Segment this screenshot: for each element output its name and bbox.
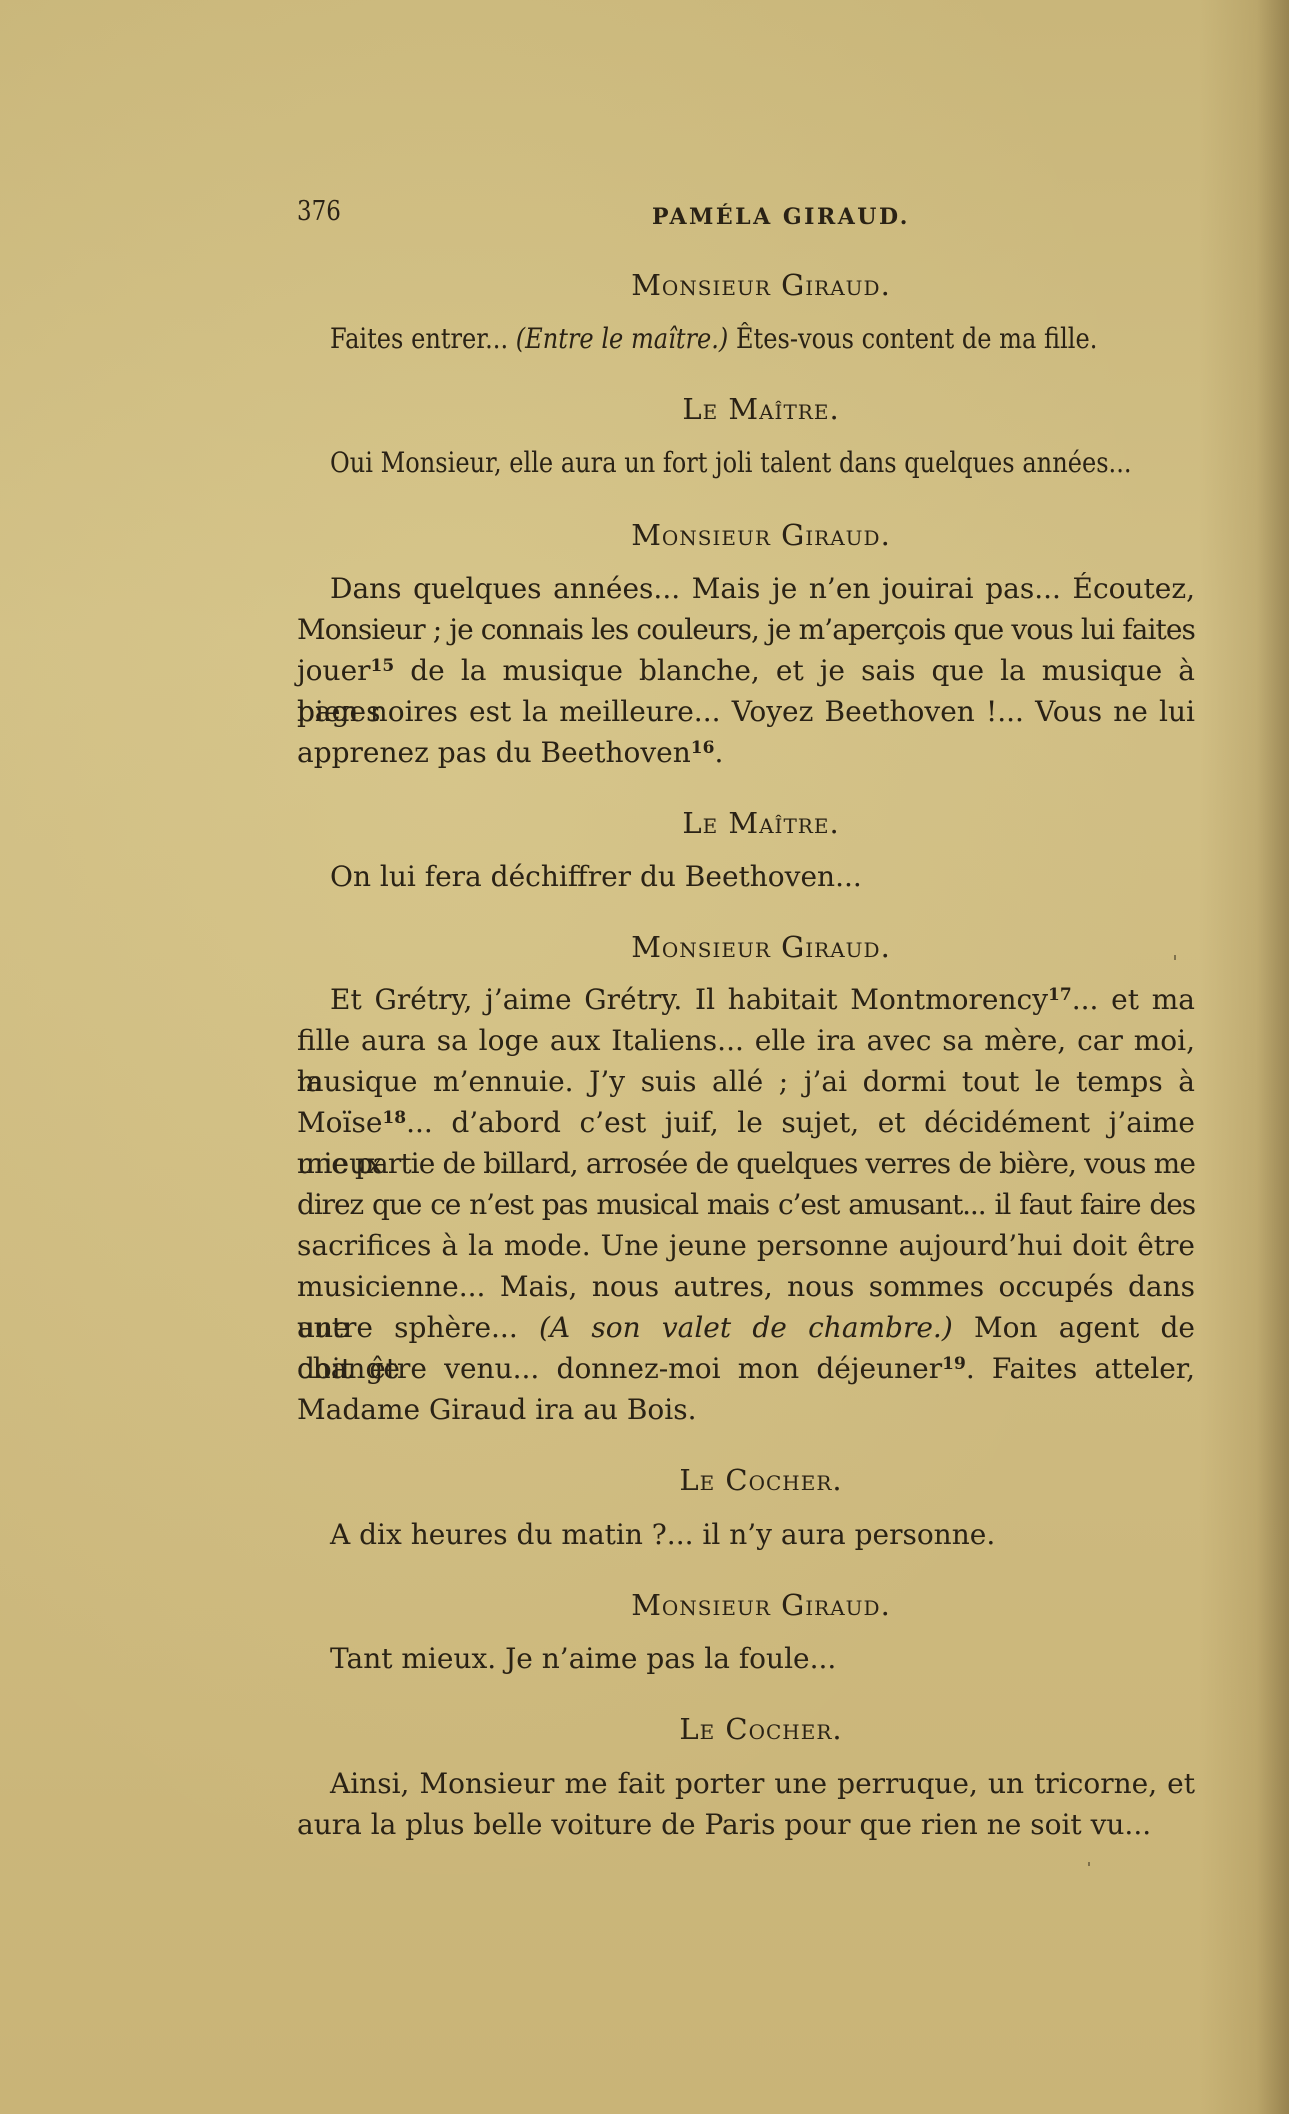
dialogue-line: Ainsi, Monsieur me fait porter une perru… — [297, 1763, 1195, 1804]
dialogue-text: Tant mieux. Je n’aime pas la foule... — [330, 1642, 836, 1675]
footnote-marker: 15 — [371, 656, 395, 676]
dialogue-paragraph: Et Grétry, j’aime Grétry. Il habitait Mo… — [297, 979, 1195, 1430]
paper-speck — [1088, 1862, 1090, 1866]
dialogue-line: musicienne... Mais, nous autres, nous so… — [297, 1266, 1195, 1307]
speaker-heading: Monsieur Giraud. — [297, 518, 1195, 552]
dialogue-text: Faites entrer... — [330, 322, 516, 355]
dialogue-text: ... et ma — [1072, 983, 1195, 1016]
dialogue-line: bien noires est la meilleure... Voyez Be… — [297, 691, 1195, 732]
running-head: 376 PAMÉLA GIRAUD. — [297, 196, 1195, 232]
speaker-heading: Le Maître. — [297, 392, 1195, 426]
dialogue-line: Faites entrer... (Entre le maître.) Êtes… — [297, 318, 1195, 359]
dialogue-line: Dans quelques années... Mais je n’en jou… — [297, 568, 1195, 609]
dialogue-text: . Faites atteler, — [966, 1352, 1195, 1385]
dialogue-line: direz que ce n’est pas musical mais c’es… — [297, 1184, 1195, 1225]
dialogue-line: autre sphère... (A son valet de chambre.… — [297, 1307, 1195, 1348]
dialogue-text: Êtes-vous content de ma fille. — [728, 322, 1097, 355]
speaker-heading: Monsieur Giraud. — [297, 268, 1195, 302]
dialogue-text: Moïse — [297, 1106, 382, 1139]
speaker-heading: Le Cocher. — [297, 1712, 1195, 1746]
dialogue-text: Oui Monsieur, elle aura un fort joli tal… — [330, 442, 1193, 483]
dialogue-line: Moïse18... d’abord c’est juif, le sujet,… — [297, 1102, 1195, 1143]
footnote-marker: 19 — [942, 1354, 966, 1374]
dialogue-line: sacrifices à la mode. Une jeune personne… — [297, 1225, 1195, 1266]
stage-direction: (Entre le maître.) — [516, 322, 729, 355]
speaker-heading: Le Maître. — [297, 806, 1195, 840]
dialogue-line: Oui Monsieur, elle aura un fort joli tal… — [297, 442, 1195, 483]
dialogue-text: doit être venu... donnez-moi mon déjeune… — [297, 1352, 942, 1385]
dialogue-text: . — [714, 736, 723, 769]
footnote-marker: 16 — [691, 738, 715, 758]
stage-direction: (A son valet de chambre.) — [539, 1311, 953, 1344]
dialogue-line: Monsieur ; je connais les couleurs, je m… — [297, 609, 1195, 650]
dialogue-line: Tant mieux. Je n’aime pas la foule... — [297, 1638, 1195, 1679]
running-title: PAMÉLA GIRAUD. — [297, 204, 1195, 230]
dialogue-line: fille aura sa loge aux Italiens... elle … — [297, 1020, 1195, 1061]
dialogue-line: jouer15 de la musique blanche, et je sai… — [297, 650, 1195, 691]
speaker-heading: Le Cocher. — [297, 1463, 1195, 1497]
book-page: 376 PAMÉLA GIRAUD. Monsieur Giraud. Fait… — [0, 0, 1289, 2114]
paper-speck — [1174, 955, 1176, 960]
dialogue-text: A dix heures du matin ?... il n’y aura p… — [330, 1518, 995, 1551]
dialogue-line: A dix heures du matin ?... il n’y aura p… — [297, 1514, 1195, 1555]
footnote-marker: 17 — [1048, 985, 1072, 1005]
dialogue-line: On lui fera déchiffrer du Beethoven... — [297, 856, 1195, 897]
dialogue-text: apprenez pas du Beethoven — [297, 736, 691, 769]
speaker-heading: Monsieur Giraud. — [297, 1588, 1195, 1622]
dialogue-paragraph: Ainsi, Monsieur me fait porter une perru… — [297, 1763, 1195, 1845]
dialogue-text: On lui fera déchiffrer du Beethoven... — [330, 860, 862, 893]
dialogue-text: Et Grétry, j’aime Grétry. Il habitait Mo… — [330, 983, 1048, 1016]
dialogue-line: une partie de billard, arrosée de quelqu… — [297, 1143, 1195, 1184]
dialogue-line: musique m’ennuie. J’y suis allé ; j’ai d… — [297, 1061, 1195, 1102]
dialogue-line: apprenez pas du Beethoven16. — [297, 732, 1195, 773]
dialogue-line: Et Grétry, j’aime Grétry. Il habitait Mo… — [297, 979, 1195, 1020]
dialogue-text: jouer — [297, 654, 371, 687]
dialogue-line: aura la plus belle voiture de Paris pour… — [297, 1804, 1195, 1845]
dialogue-line: doit être venu... donnez-moi mon déjeune… — [297, 1348, 1195, 1389]
dialogue-line: Madame Giraud ira au Bois. — [297, 1389, 1195, 1430]
dialogue-text: autre sphère... — [297, 1311, 539, 1344]
footnote-marker: 18 — [382, 1108, 406, 1128]
speaker-heading: Monsieur Giraud. — [297, 930, 1195, 964]
dialogue-paragraph: Dans quelques années... Mais je n’en jou… — [297, 568, 1195, 773]
